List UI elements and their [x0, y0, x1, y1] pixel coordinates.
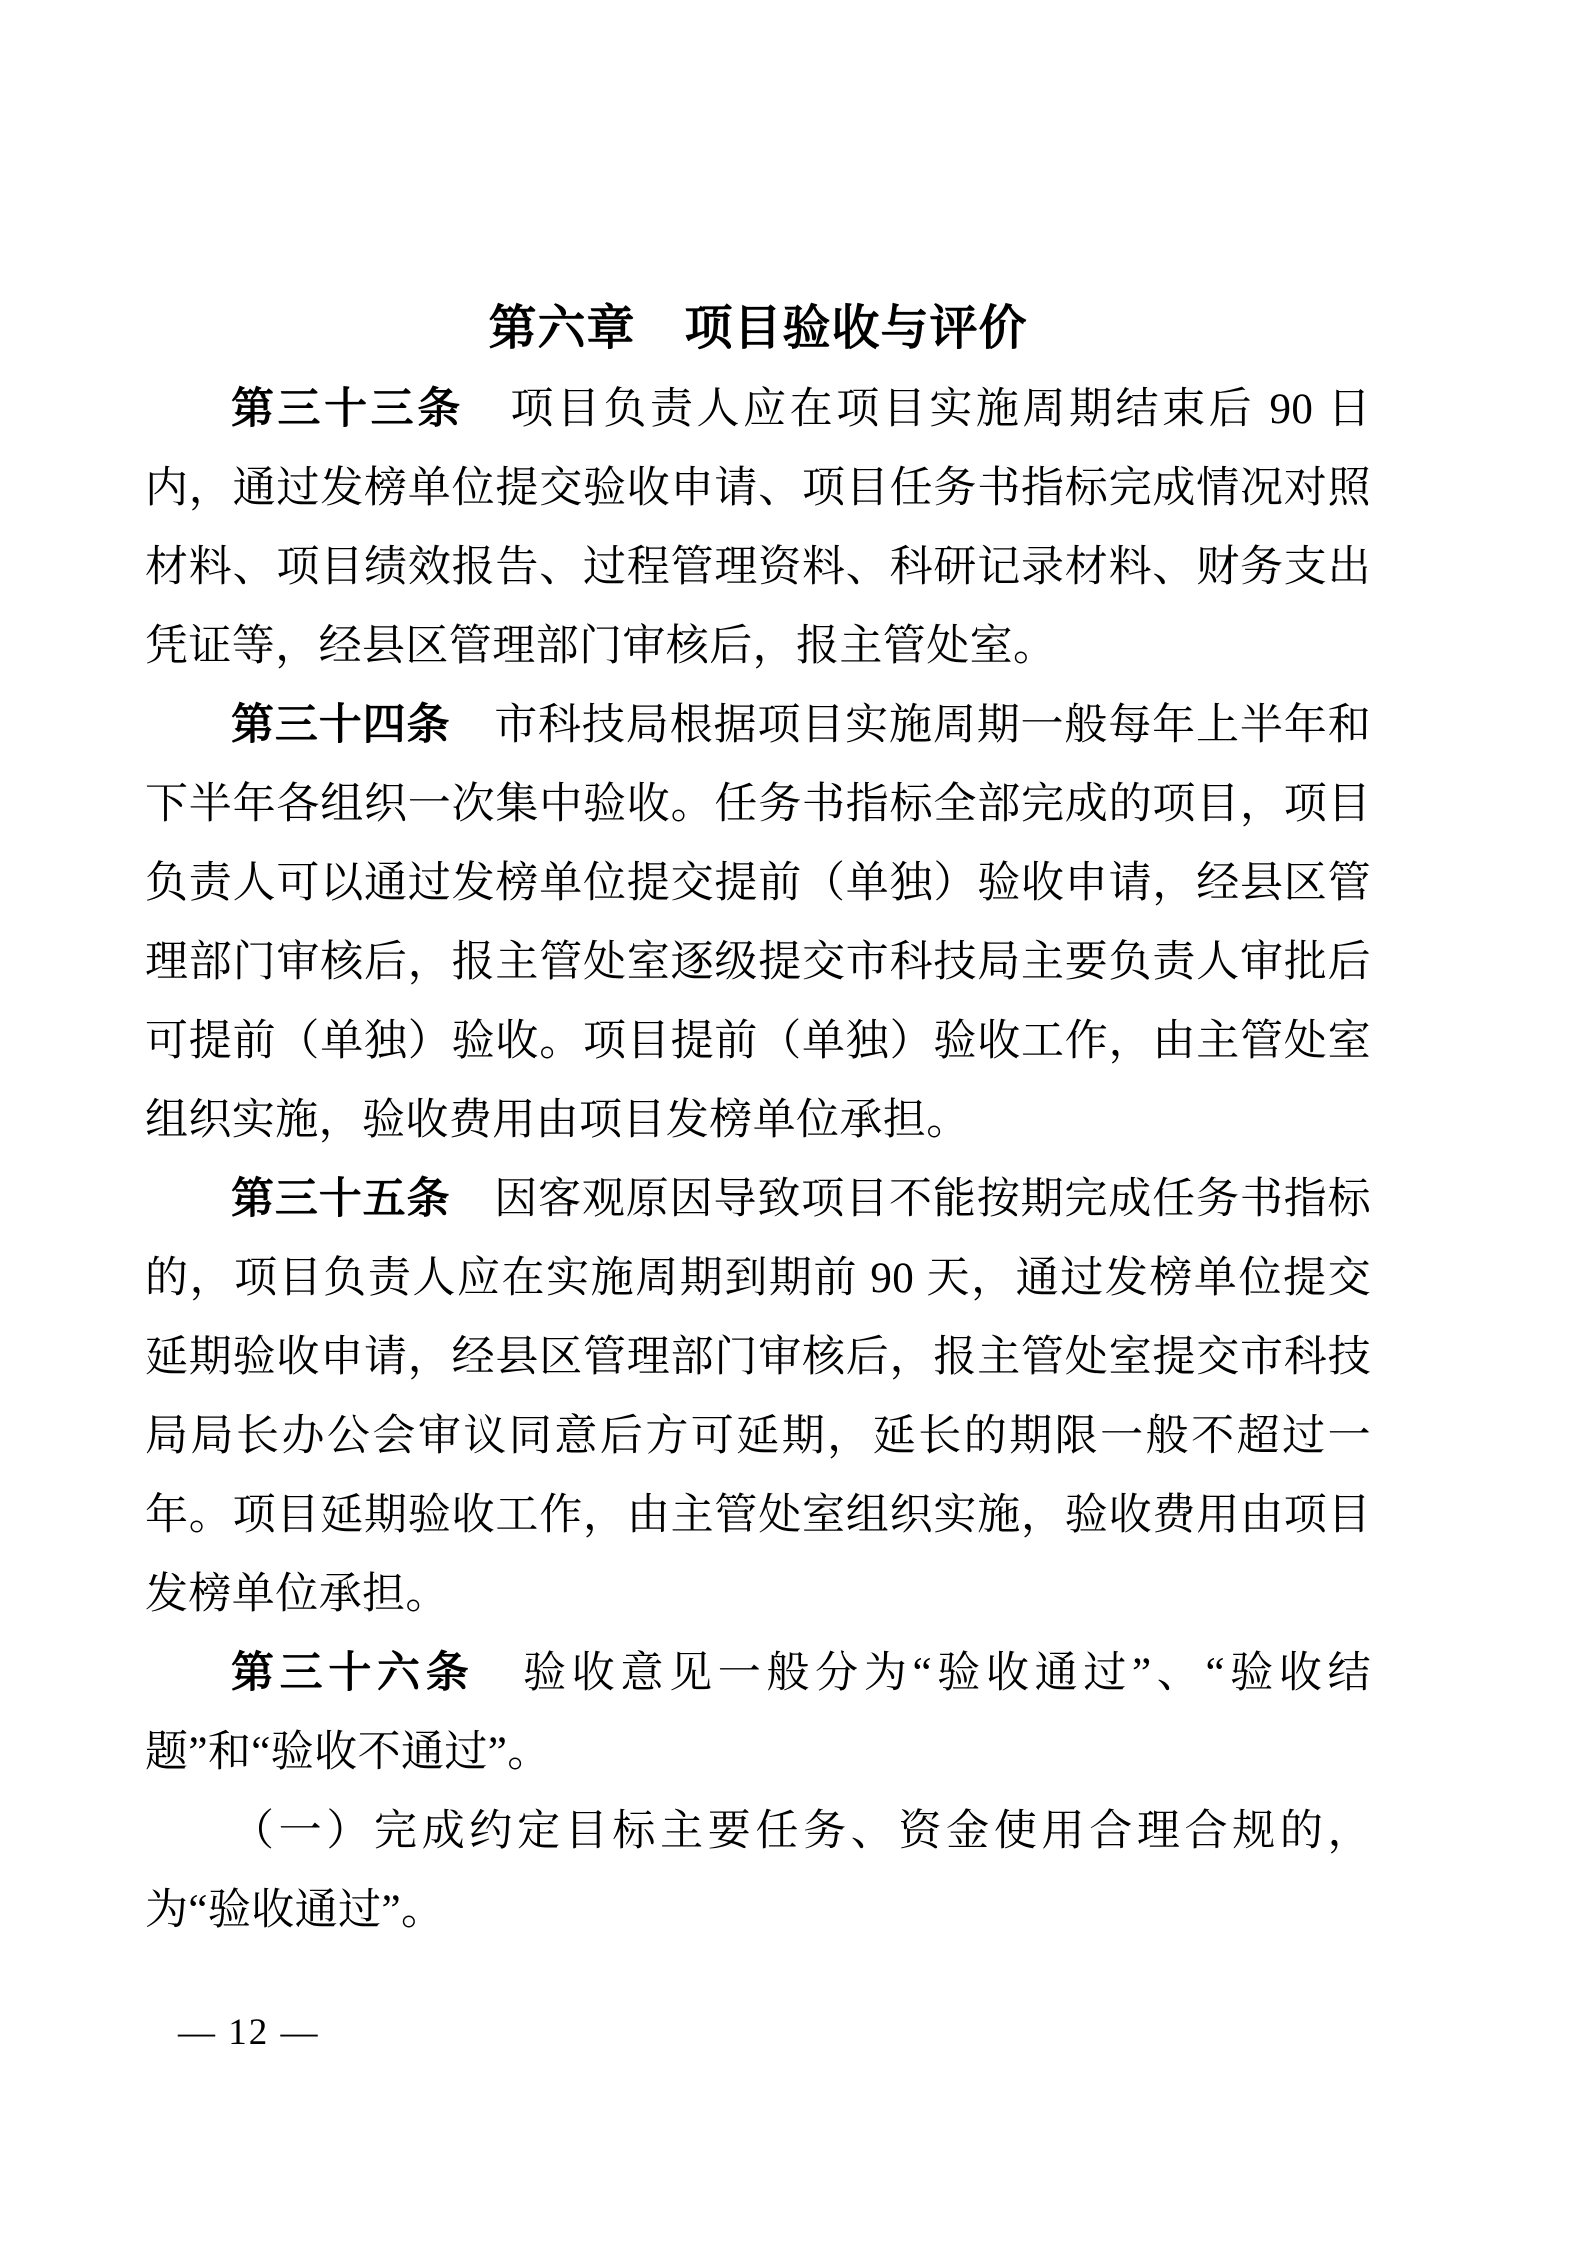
- article-35-text: 因客观原因导致项目不能按期完成任务书指标的，项目负责人应在实施周期到期前 90 …: [145, 1176, 1371, 1618]
- clause-1-text: （一）完成约定目标主要任务、资金使用合理合规的，为“验收通过”。: [145, 1808, 1371, 1934]
- document-body: 第六章 项目验收与评价 第三十三条 项目负责人应在项目实施周期结束后 90 日内…: [145, 288, 1371, 1950]
- page-number: — 12 —: [178, 2008, 320, 2058]
- clause-1-paragraph: （一）完成约定目标主要任务、资金使用合理合规的，为“验收通过”。: [145, 1792, 1371, 1950]
- article-35-number: 第三十五条: [231, 1175, 450, 1223]
- article-36-paragraph: 第三十六条 验收意见一般分为“验收通过”、“验收结题”和“验收不通过”。: [145, 1634, 1371, 1792]
- article-35-paragraph: 第三十五条 因客观原因导致项目不能按期完成任务书指标的，项目负责人应在实施周期到…: [145, 1160, 1371, 1634]
- article-34-paragraph: 第三十四条 市科技局根据项目实施周期一般每年上半年和下半年各组织一次集中验收。任…: [145, 686, 1371, 1160]
- chapter-heading: 第六章 项目验收与评价: [145, 288, 1371, 370]
- document-page: 第六章 项目验收与评价 第三十三条 项目负责人应在项目实施周期结束后 90 日内…: [0, 0, 1588, 2245]
- article-34-number: 第三十四条: [231, 701, 450, 749]
- article-33-number: 第三十三条: [231, 385, 464, 433]
- article-36-number: 第三十六条: [231, 1649, 474, 1697]
- article-34-text: 市科技局根据项目实施周期一般每年上半年和下半年各组织一次集中验收。任务书指标全部…: [145, 702, 1371, 1144]
- article-33-paragraph: 第三十三条 项目负责人应在项目实施周期结束后 90 日内，通过发榜单位提交验收申…: [145, 370, 1371, 686]
